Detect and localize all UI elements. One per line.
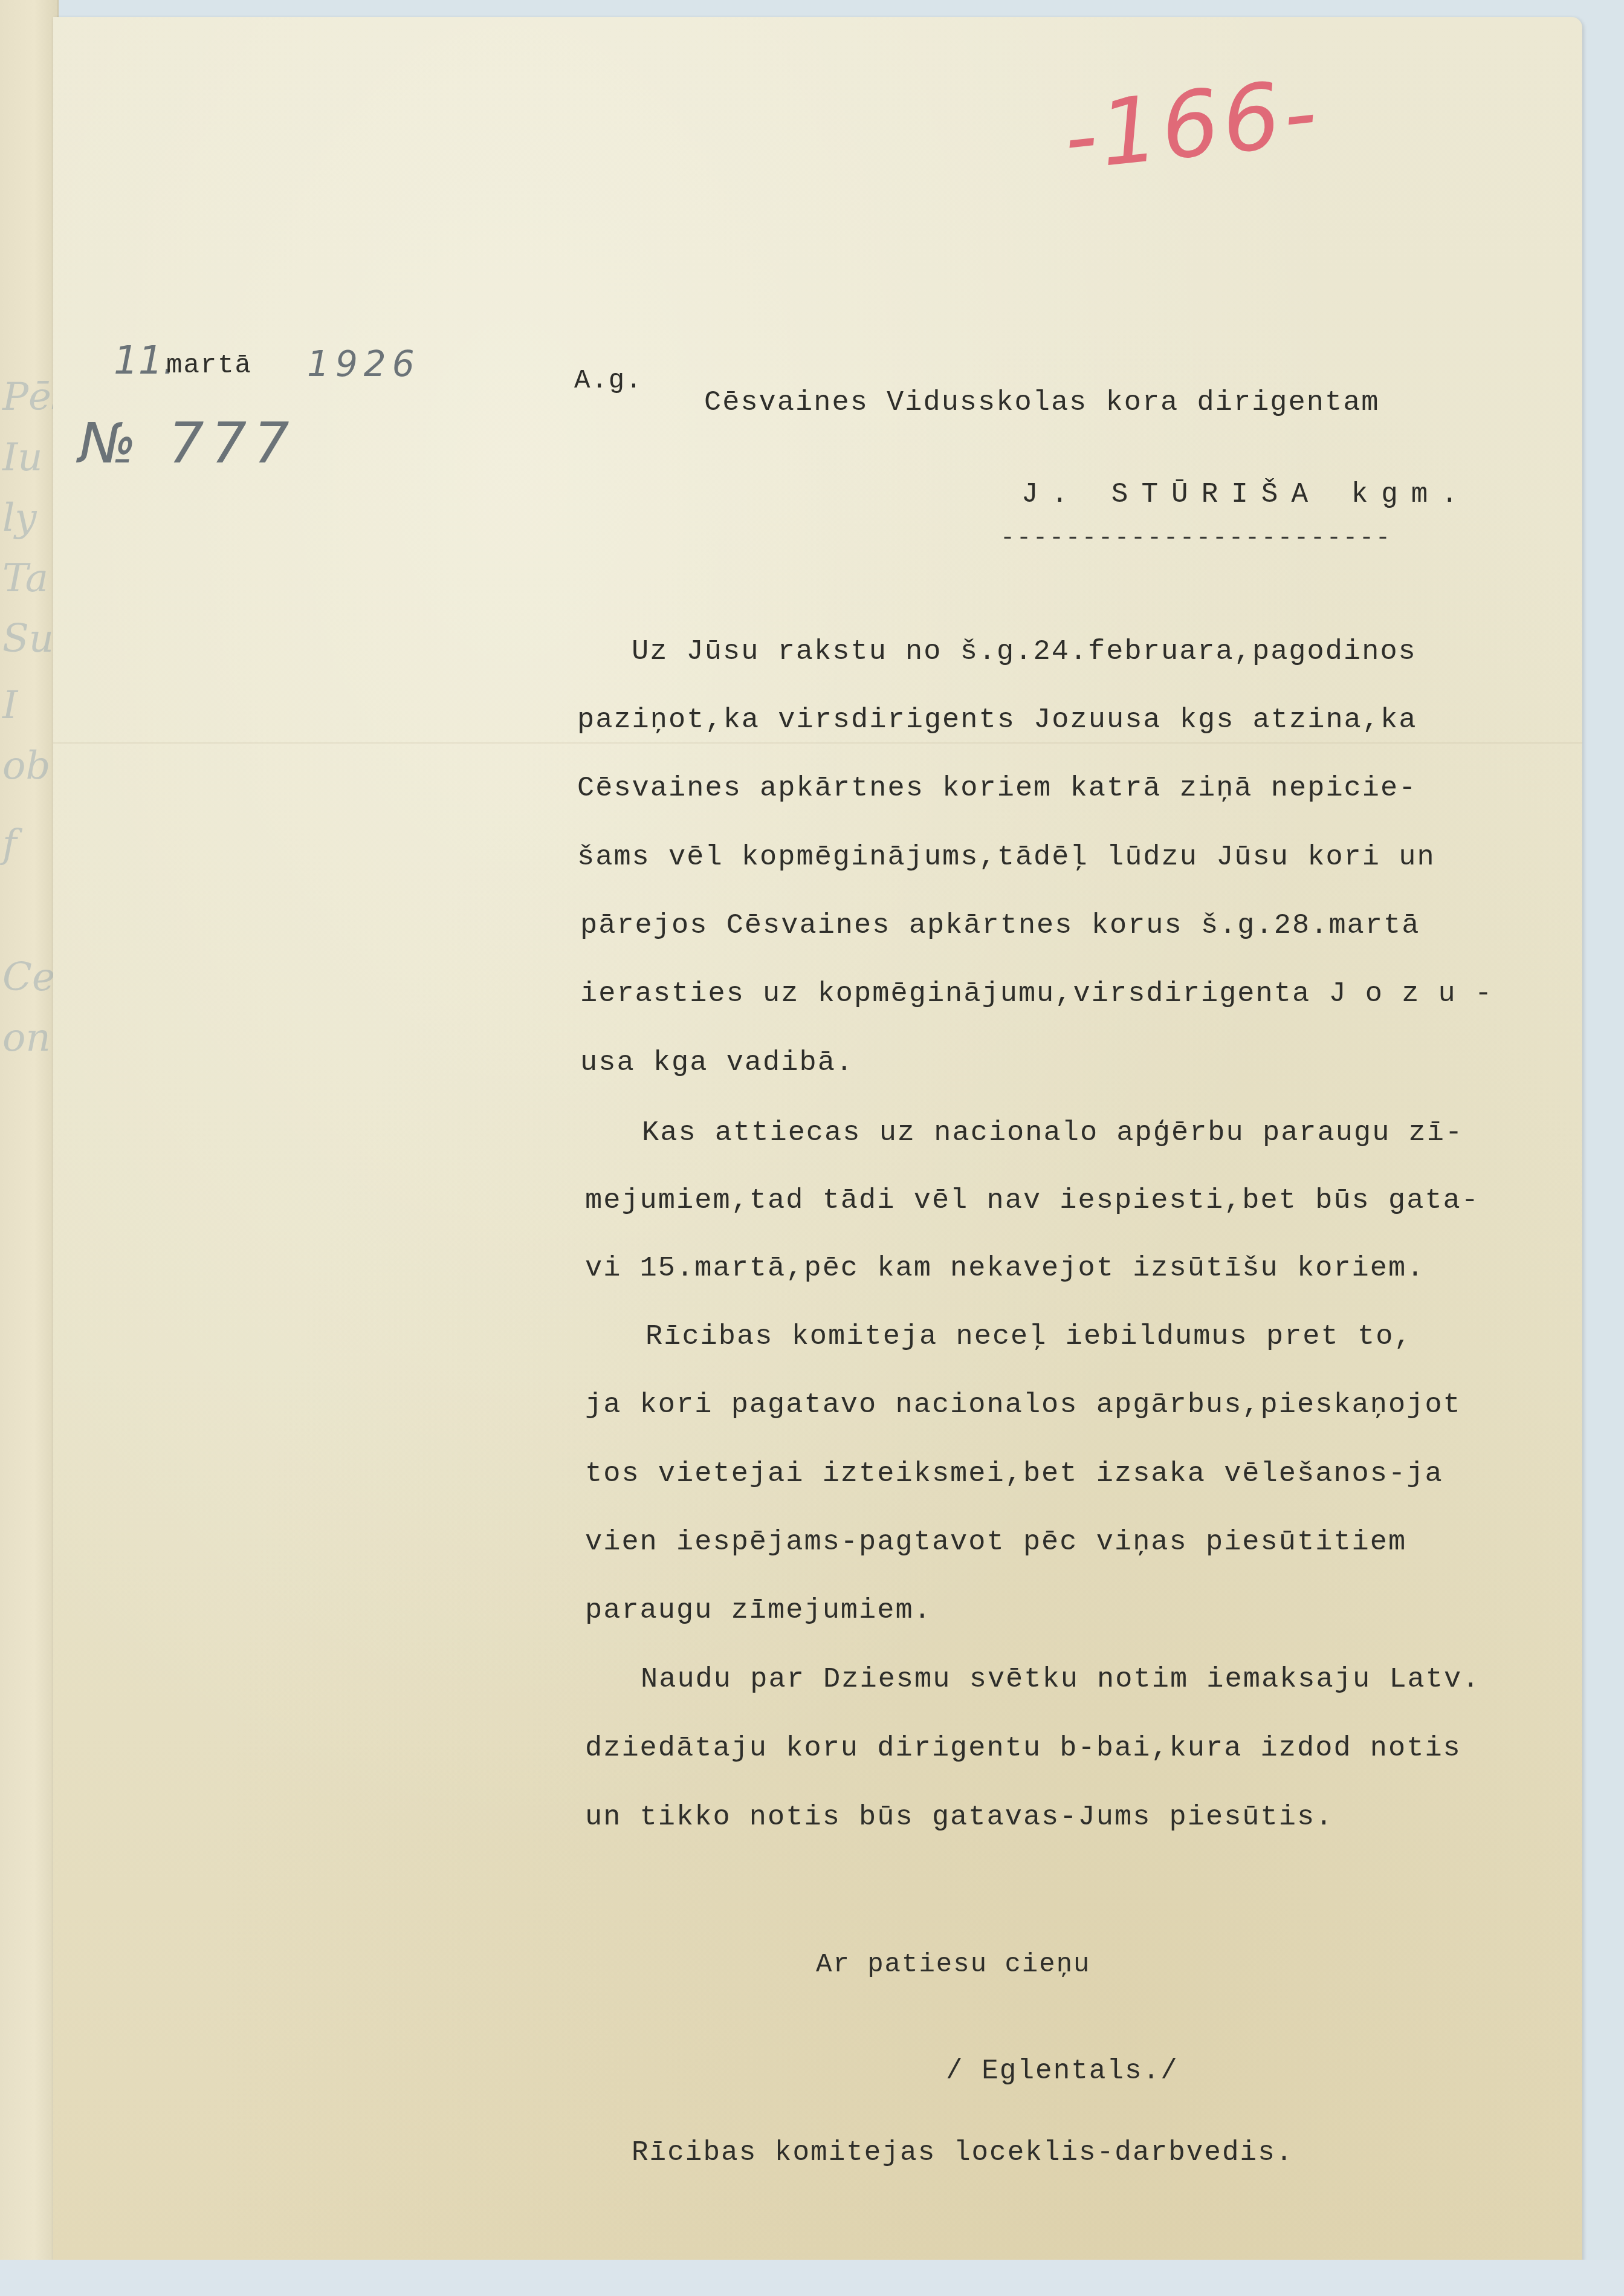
body-line: Rīcibas komiteja neceļ iebildumus pret t… bbox=[645, 1321, 1412, 1353]
margin-ghost-text: f bbox=[2, 822, 17, 867]
body-line: un tikko notis būs gatavas-Jums piesūtis… bbox=[585, 1801, 1333, 1834]
margin-ghost-text: ly bbox=[2, 496, 37, 540]
addressee-line-2: J. STŪRIŠA kgm. bbox=[1021, 479, 1471, 510]
salutation-ag: A.g. bbox=[574, 366, 643, 396]
body-line: pārejos Cēsvaines apkārtnes korus š.g.28… bbox=[580, 910, 1420, 942]
margin-ghost-text: Su bbox=[2, 617, 54, 661]
scan-background bbox=[0, 2260, 1624, 2296]
body-line: vien iespējams-pagtavot pēc viņas piesūt… bbox=[585, 1526, 1406, 1558]
body-line: Kas attiecas uz nacionalo apģērbu paraug… bbox=[642, 1117, 1463, 1149]
margin-ghost-text: Ce bbox=[2, 955, 55, 1000]
addressee-line-1: Cēsvaines Vidusskolas kora dirigentam bbox=[704, 387, 1380, 419]
body-line: usa kga vadibā. bbox=[580, 1047, 854, 1079]
margin-ghost-text: Ta bbox=[2, 556, 48, 601]
signature-name: / Eglentals./ bbox=[946, 2055, 1179, 2087]
body-line: ierasties uz kopmēginājumu,virsdirigenta… bbox=[580, 978, 1493, 1010]
body-line: tos vietejai izteiksmei,bet izsaka vēleš… bbox=[585, 1458, 1443, 1490]
body-line: Naudu par Dziesmu svētku notim iemaksaju… bbox=[641, 1664, 1480, 1696]
body-line: dziedātaju koru dirigentu b-bai,kura izd… bbox=[585, 1733, 1461, 1765]
margin-ghost-text: I bbox=[2, 683, 18, 728]
registration-number: № 777 bbox=[79, 411, 297, 476]
body-line: šams vēl kopmēginājums,tādēļ lūdzu Jūsu … bbox=[577, 842, 1435, 874]
closing-greeting: Ar patiesu cieņu bbox=[816, 1950, 1090, 1980]
margin-ghost-text: on bbox=[2, 1016, 51, 1060]
body-line: Cēsvaines apkārtnes koriem katrā ziņā ne… bbox=[577, 773, 1417, 805]
body-line: vi 15.martā,pēc kam nekavejot izsūtīšu k… bbox=[585, 1253, 1425, 1285]
body-line: mejumiem,tad tādi vēl nav iespiesti,bet … bbox=[585, 1185, 1480, 1217]
margin-ghost-text: ob bbox=[2, 744, 51, 788]
paper-fold-line bbox=[53, 742, 1582, 744]
signatory-title: Rīcibas komitejas loceklis-darbvedis. bbox=[632, 2137, 1293, 2168]
margin-ghost-text: Iu bbox=[2, 435, 43, 480]
date-month: martā bbox=[166, 351, 252, 381]
body-line: Uz Jūsu rakstu no š.g.24.februara,pagodi… bbox=[632, 636, 1417, 668]
body-line: paraugu zīmejumiem. bbox=[585, 1595, 932, 1627]
body-line: paziņot,ka virsdirigents Jozuusa kgs atz… bbox=[577, 704, 1417, 736]
addressee-underline: ------------------------ bbox=[1000, 525, 1392, 552]
date-year: 1926 bbox=[307, 343, 421, 384]
underlying-page-strip: Pēs Iu ly Ta Su I ob f Ce on bbox=[0, 0, 59, 2261]
body-line: ja kori pagatavo nacionalos apgārbus,pie… bbox=[585, 1389, 1461, 1421]
